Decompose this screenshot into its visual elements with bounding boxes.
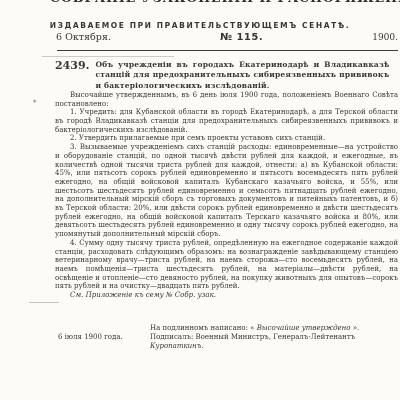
issue-date: 6 Октября. <box>56 32 111 43</box>
signature-date: 6 іюля 1900 года. <box>55 333 150 350</box>
signature-name: Куропаткинъ. <box>150 342 204 350</box>
article-item-4: 4. Сумму одну тысячу триста рублей, опре… <box>55 239 398 291</box>
approval-note-suffix: ». <box>351 324 360 332</box>
signature-line: 6 іюля 1900 года. Подписалъ: Военный Мин… <box>55 333 398 350</box>
margin-artifact-mark: * <box>33 99 37 107</box>
approval-note-prefix: На подлинномъ написано: « <box>150 324 257 332</box>
header-divider-rule-faint <box>42 56 174 57</box>
dateline-row: 6 Октября. № 115. 1900. <box>56 32 398 43</box>
article-item-3: 3. Вызываемые учрежденіемъ сихъ станцій … <box>55 143 398 239</box>
header-divider-rule <box>57 50 398 51</box>
scanned-document-page: СОБРАНІЕ УЗАКОНЕНІЙ И РАСПОРЯЖЕНІЙ ПРАВИ… <box>0 0 400 400</box>
issue-number: № 115. <box>220 32 263 43</box>
approval-note-line: На подлинномъ написано: « Высочайше утве… <box>150 324 398 333</box>
masthead-subtitle: ИЗДАВАЕМОЕ ПРИ ПРАВИТЕЛЬСТВУЮЩЕМЪ СЕНАТѢ… <box>0 21 400 30</box>
article-item-2: 2. Утвердить прилагаемые при семъ проект… <box>55 134 398 143</box>
issue-year: 1900. <box>372 33 398 43</box>
approval-block: На подлинномъ написано: « Высочайше утве… <box>55 324 398 351</box>
article-item-1: 1. Учредить: для Кубанской области въ го… <box>55 108 398 134</box>
article-intro-paragraph: Высочайше утвержденнымъ, въ 6 день іюля … <box>55 91 398 108</box>
signature-title: Подписалъ: Военный Министръ, Генералъ-Ле… <box>150 333 355 341</box>
masthead-title-cutoff: СОБРАНІЕ УЗАКОНЕНІЙ И РАСПОРЯЖЕНІЙ ПРАВИ… <box>50 0 400 5</box>
article-title: Объ учрежденіи въ городахъ Екатеринодарѣ… <box>95 60 389 91</box>
article-content: 2439. Объ учрежденіи въ городахъ Екатери… <box>55 60 398 351</box>
see-appendix-note: См. Приложеніе къ сему № Собр. узак. <box>55 291 398 300</box>
approval-note-emphasis: Высочайше утверждено <box>257 324 351 332</box>
masthead-title-text: СОБРАНІЕ УЗАКОНЕНІЙ И РАСПОРЯЖЕНІЙ ПРАВИ… <box>50 0 400 5</box>
signature-text: Подписалъ: Военный Министръ, Генералъ-Ле… <box>150 333 398 350</box>
article-heading: 2439. Объ учрежденіи въ городахъ Екатери… <box>55 60 398 91</box>
article-number: 2439. <box>55 60 89 71</box>
